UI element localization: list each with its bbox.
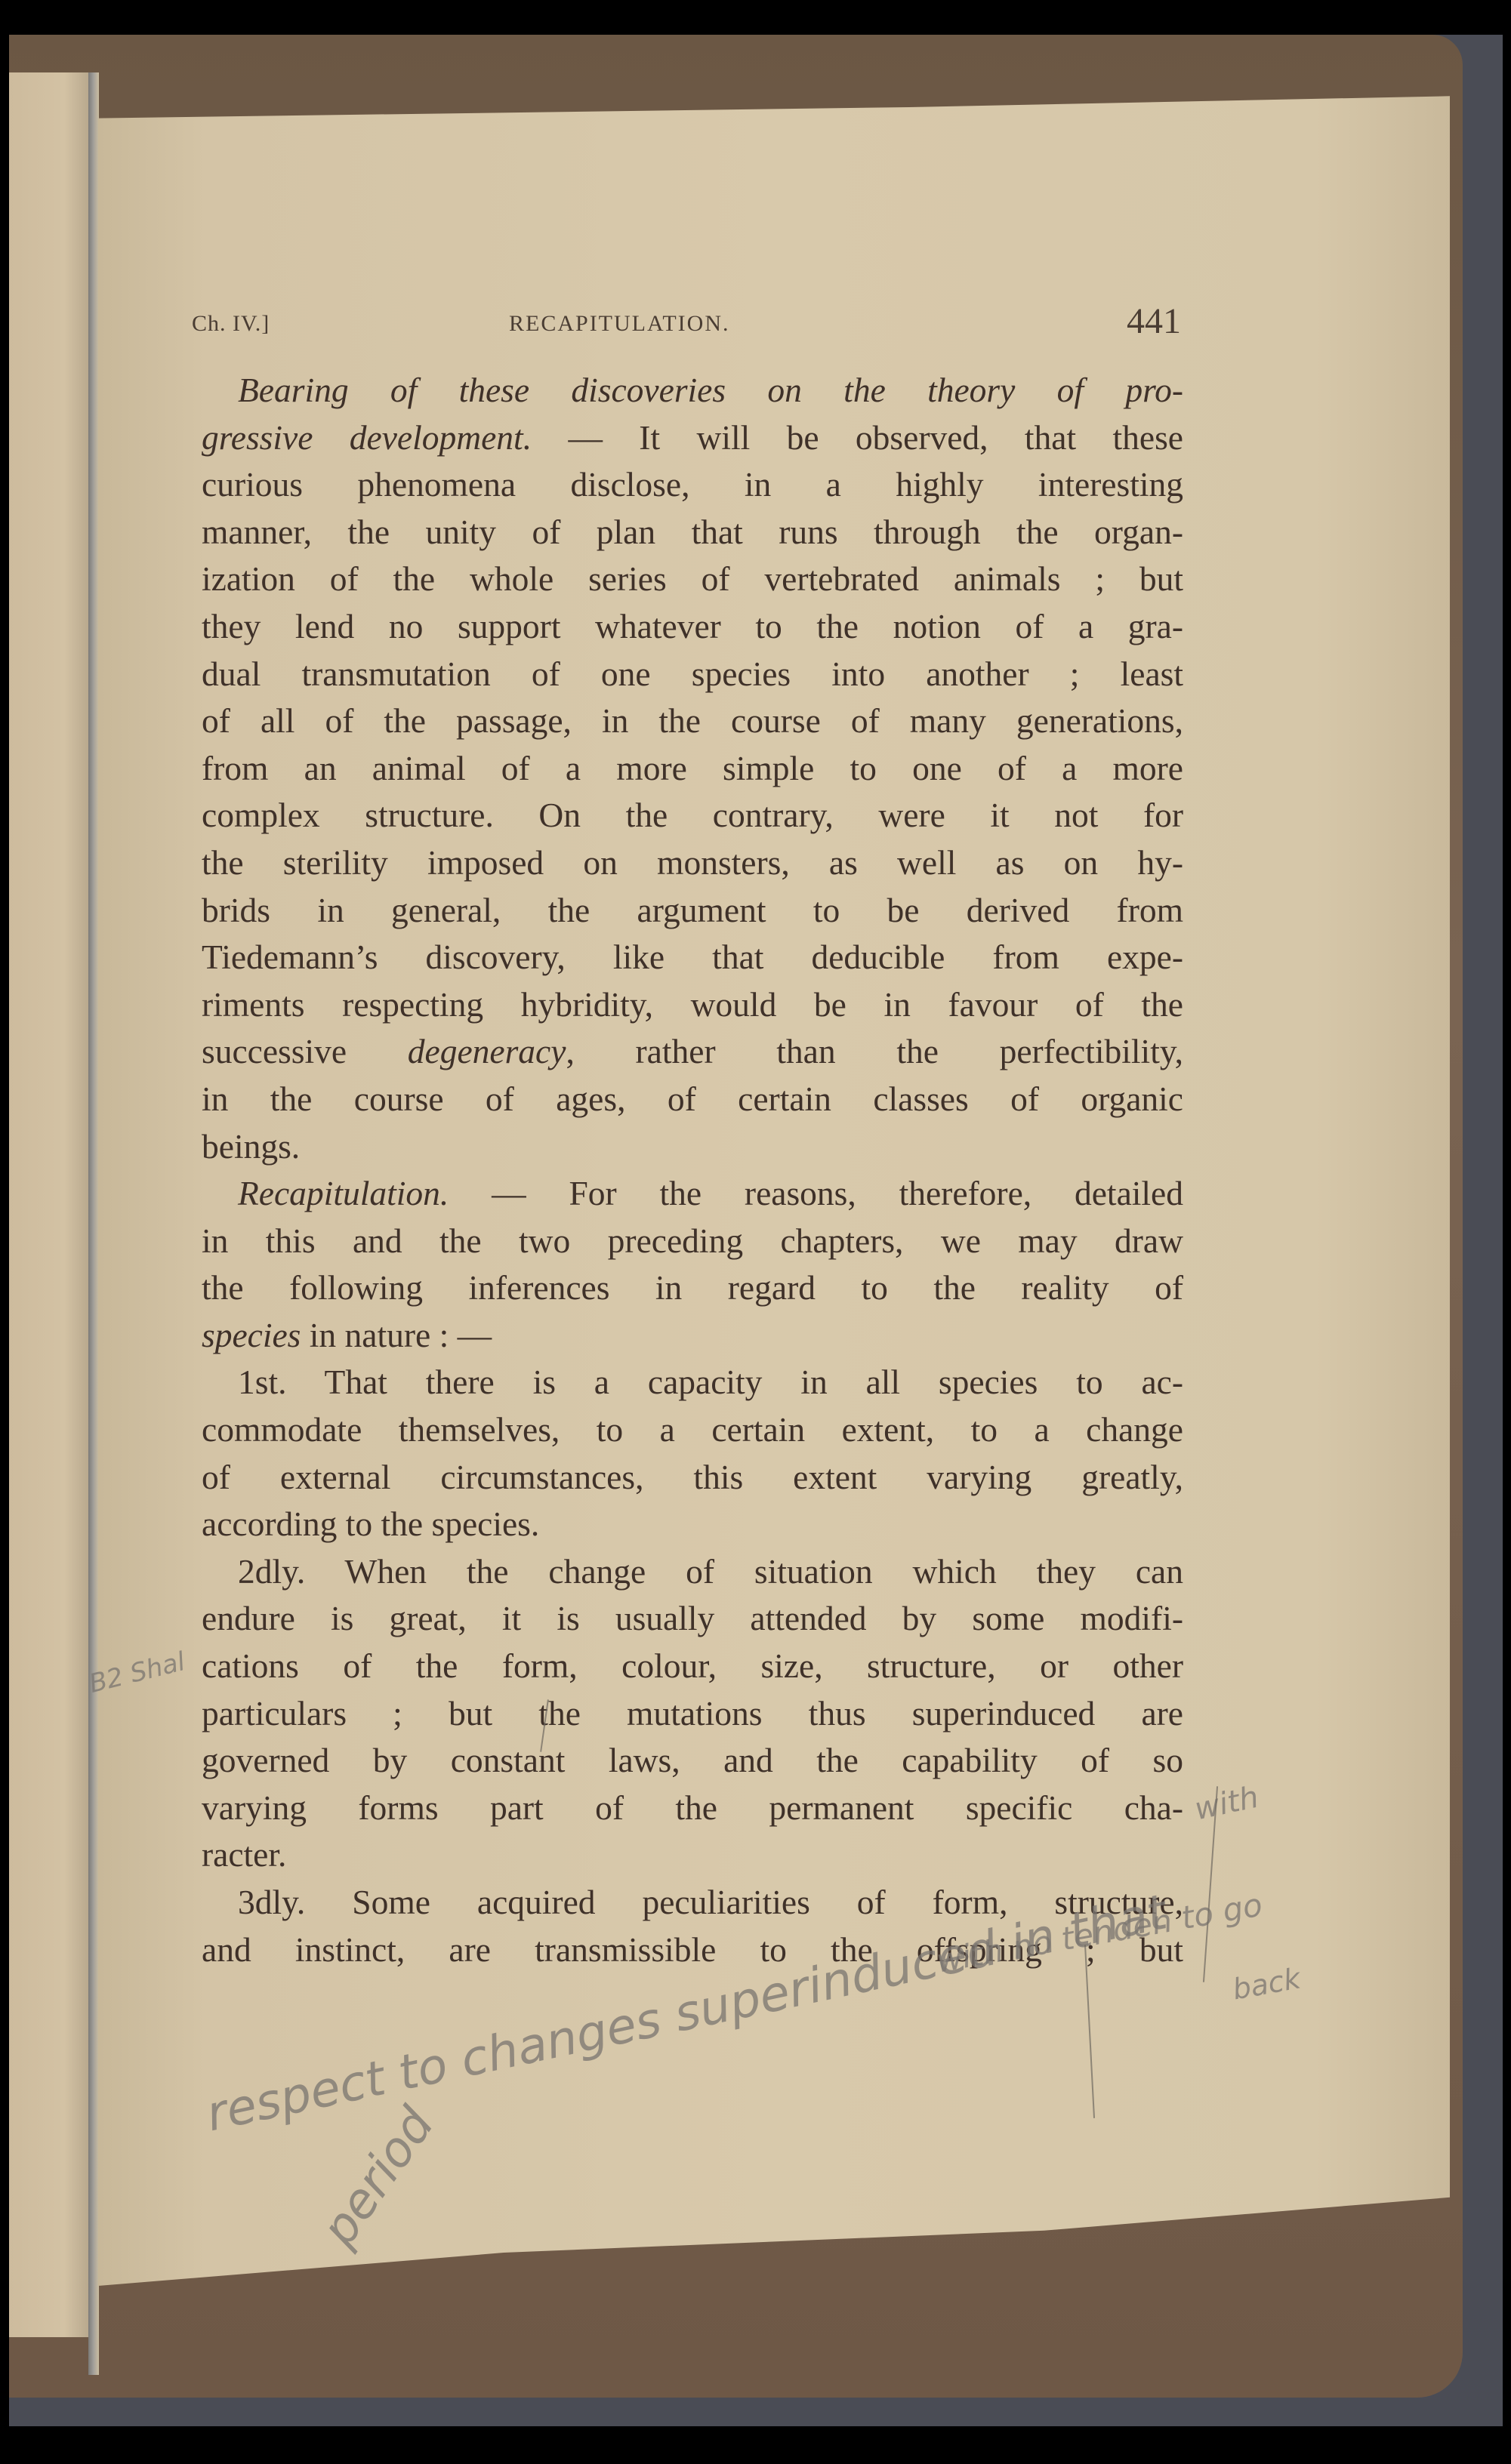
text-line: complex structure. On the contrary, were… xyxy=(202,792,1183,839)
chapter-label: Ch. IV.] xyxy=(192,311,270,337)
text-line: cations of the form, colour, size, struc… xyxy=(202,1643,1183,1690)
handwritten-note-right-margin: with xyxy=(1192,1780,1262,1828)
text-line: successive degeneracy, rather than the p… xyxy=(202,1028,1183,1076)
text-segment: brids in general, the argument to be der… xyxy=(202,891,1183,929)
text-line: of all of the passage, in the course of … xyxy=(202,698,1183,745)
text-segment: they lend no support whatever to the not… xyxy=(202,607,1183,645)
italic-heading: Recapitulation. xyxy=(238,1174,449,1212)
text-line: riments respecting hybridity, would be i… xyxy=(202,981,1183,1029)
italic-heading: species xyxy=(202,1316,301,1354)
handwritten-note-left-margin: B2 Shal xyxy=(86,1646,188,1699)
text-segment: from an animal of a more simple to one o… xyxy=(202,749,1183,787)
text-segment: varying forms part of the permanent spec… xyxy=(202,1788,1183,1827)
text-segment: — For the reasons, therefore, detailed xyxy=(449,1174,1183,1212)
text-line: species in nature : — xyxy=(202,1312,1183,1360)
book-scan: Ch. IV.] RECAPITULATION. 441 Bearing of … xyxy=(9,35,1503,2426)
text-line: 1st. That there is a capacity in all spe… xyxy=(202,1359,1183,1406)
text-segment: racter. xyxy=(202,1835,286,1874)
text-line: gressive development. — It will be obser… xyxy=(202,414,1183,462)
text-line: Bearing of these discoveries on the theo… xyxy=(202,367,1183,414)
page-content: Ch. IV.] RECAPITULATION. 441 Bearing of … xyxy=(9,35,1503,2426)
page-number: 441 xyxy=(1127,300,1181,342)
text-line: the sterility imposed on monsters, as we… xyxy=(202,839,1183,887)
text-segment: in this and the two preceding chapters, … xyxy=(202,1221,1183,1260)
italic-heading: gressive development. xyxy=(202,418,532,457)
text-line: racter. xyxy=(202,1831,1183,1879)
text-segment: complex structure. On the contrary, were… xyxy=(202,796,1183,834)
text-segment: commodate themselves, to a certain exten… xyxy=(202,1410,1183,1449)
section-title: RECAPITULATION. xyxy=(509,311,730,337)
running-head: Ch. IV.] RECAPITULATION. 441 xyxy=(192,297,1181,350)
text-segment: according to the species. xyxy=(202,1505,539,1543)
text-segment: 2dly. When the change of situation which… xyxy=(238,1552,1183,1591)
text-line: beings. xyxy=(202,1123,1183,1171)
text-line: in the course of ages, of certain classe… xyxy=(202,1076,1183,1123)
text-segment: — It will be observed, that these xyxy=(532,418,1183,457)
text-line: curious phenomena disclose, in a highly … xyxy=(202,461,1183,509)
text-line: ization of the whole series of vertebrat… xyxy=(202,556,1183,603)
text-segment: in the course of ages, of certain classe… xyxy=(202,1080,1183,1118)
text-segment: governed by constant laws, and the capab… xyxy=(202,1741,1183,1779)
text-segment: in nature : — xyxy=(301,1316,492,1354)
text-line: commodate themselves, to a certain exten… xyxy=(202,1406,1183,1454)
text-line: manner, the unity of plan that runs thro… xyxy=(202,509,1183,556)
text-segment: 1st. That there is a capacity in all spe… xyxy=(238,1363,1183,1401)
text-segment: Tiedemann’s discovery, like that deducib… xyxy=(202,938,1183,976)
handwritten-note-bottom-2: period xyxy=(311,2098,446,2256)
handwritten-note-right-lower: back xyxy=(1230,1961,1303,2006)
text-line: Tiedemann’s discovery, like that deducib… xyxy=(202,934,1183,981)
text-line: governed by constant laws, and the capab… xyxy=(202,1737,1183,1785)
text-segment: successive xyxy=(202,1032,408,1070)
text-segment: the following inferences in regard to th… xyxy=(202,1268,1183,1307)
text-segment: riments respecting hybridity, would be i… xyxy=(202,985,1183,1024)
text-line: they lend no support whatever to the not… xyxy=(202,603,1183,651)
italic-emphasis: degeneracy xyxy=(408,1032,566,1070)
text-line: brids in general, the argument to be der… xyxy=(202,887,1183,935)
text-segment: dual transmutation of one species into a… xyxy=(202,654,1183,693)
text-line: of external circumstances, this extent v… xyxy=(202,1454,1183,1501)
text-segment: endure is great, it is usually attended … xyxy=(202,1599,1183,1637)
text-segment: manner, the unity of plan that runs thro… xyxy=(202,513,1183,551)
text-segment: curious phenomena disclose, in a highly … xyxy=(202,465,1183,504)
text-segment: cations of the form, colour, size, struc… xyxy=(202,1646,1183,1685)
text-line: endure is great, it is usually attended … xyxy=(202,1595,1183,1643)
text-line: particulars ; but the mutations thus sup… xyxy=(202,1690,1183,1738)
body-text: Bearing of these discoveries on the theo… xyxy=(202,367,1183,1973)
text-line: according to the species. xyxy=(202,1501,1183,1548)
text-segment: of external circumstances, this extent v… xyxy=(202,1458,1183,1496)
text-line: Recapitulation. — For the reasons, there… xyxy=(202,1170,1183,1218)
text-line: varying forms part of the permanent spec… xyxy=(202,1785,1183,1832)
text-segment: beings. xyxy=(202,1127,300,1166)
text-line: in this and the two preceding chapters, … xyxy=(202,1218,1183,1265)
text-segment: particulars ; but the mutations thus sup… xyxy=(202,1694,1183,1732)
text-line: dual transmutation of one species into a… xyxy=(202,651,1183,698)
text-line: 2dly. When the change of situation which… xyxy=(202,1548,1183,1596)
text-segment: the sterility imposed on monsters, as we… xyxy=(202,843,1183,882)
italic-heading: Bearing of these discoveries on the theo… xyxy=(238,371,1183,409)
text-segment: ization of the whole series of vertebrat… xyxy=(202,559,1183,598)
text-line: the following inferences in regard to th… xyxy=(202,1264,1183,1312)
text-segment: , rather than the perfectibility, xyxy=(566,1032,1183,1070)
text-segment: of all of the passage, in the course of … xyxy=(202,701,1183,740)
text-line: from an animal of a more simple to one o… xyxy=(202,745,1183,793)
